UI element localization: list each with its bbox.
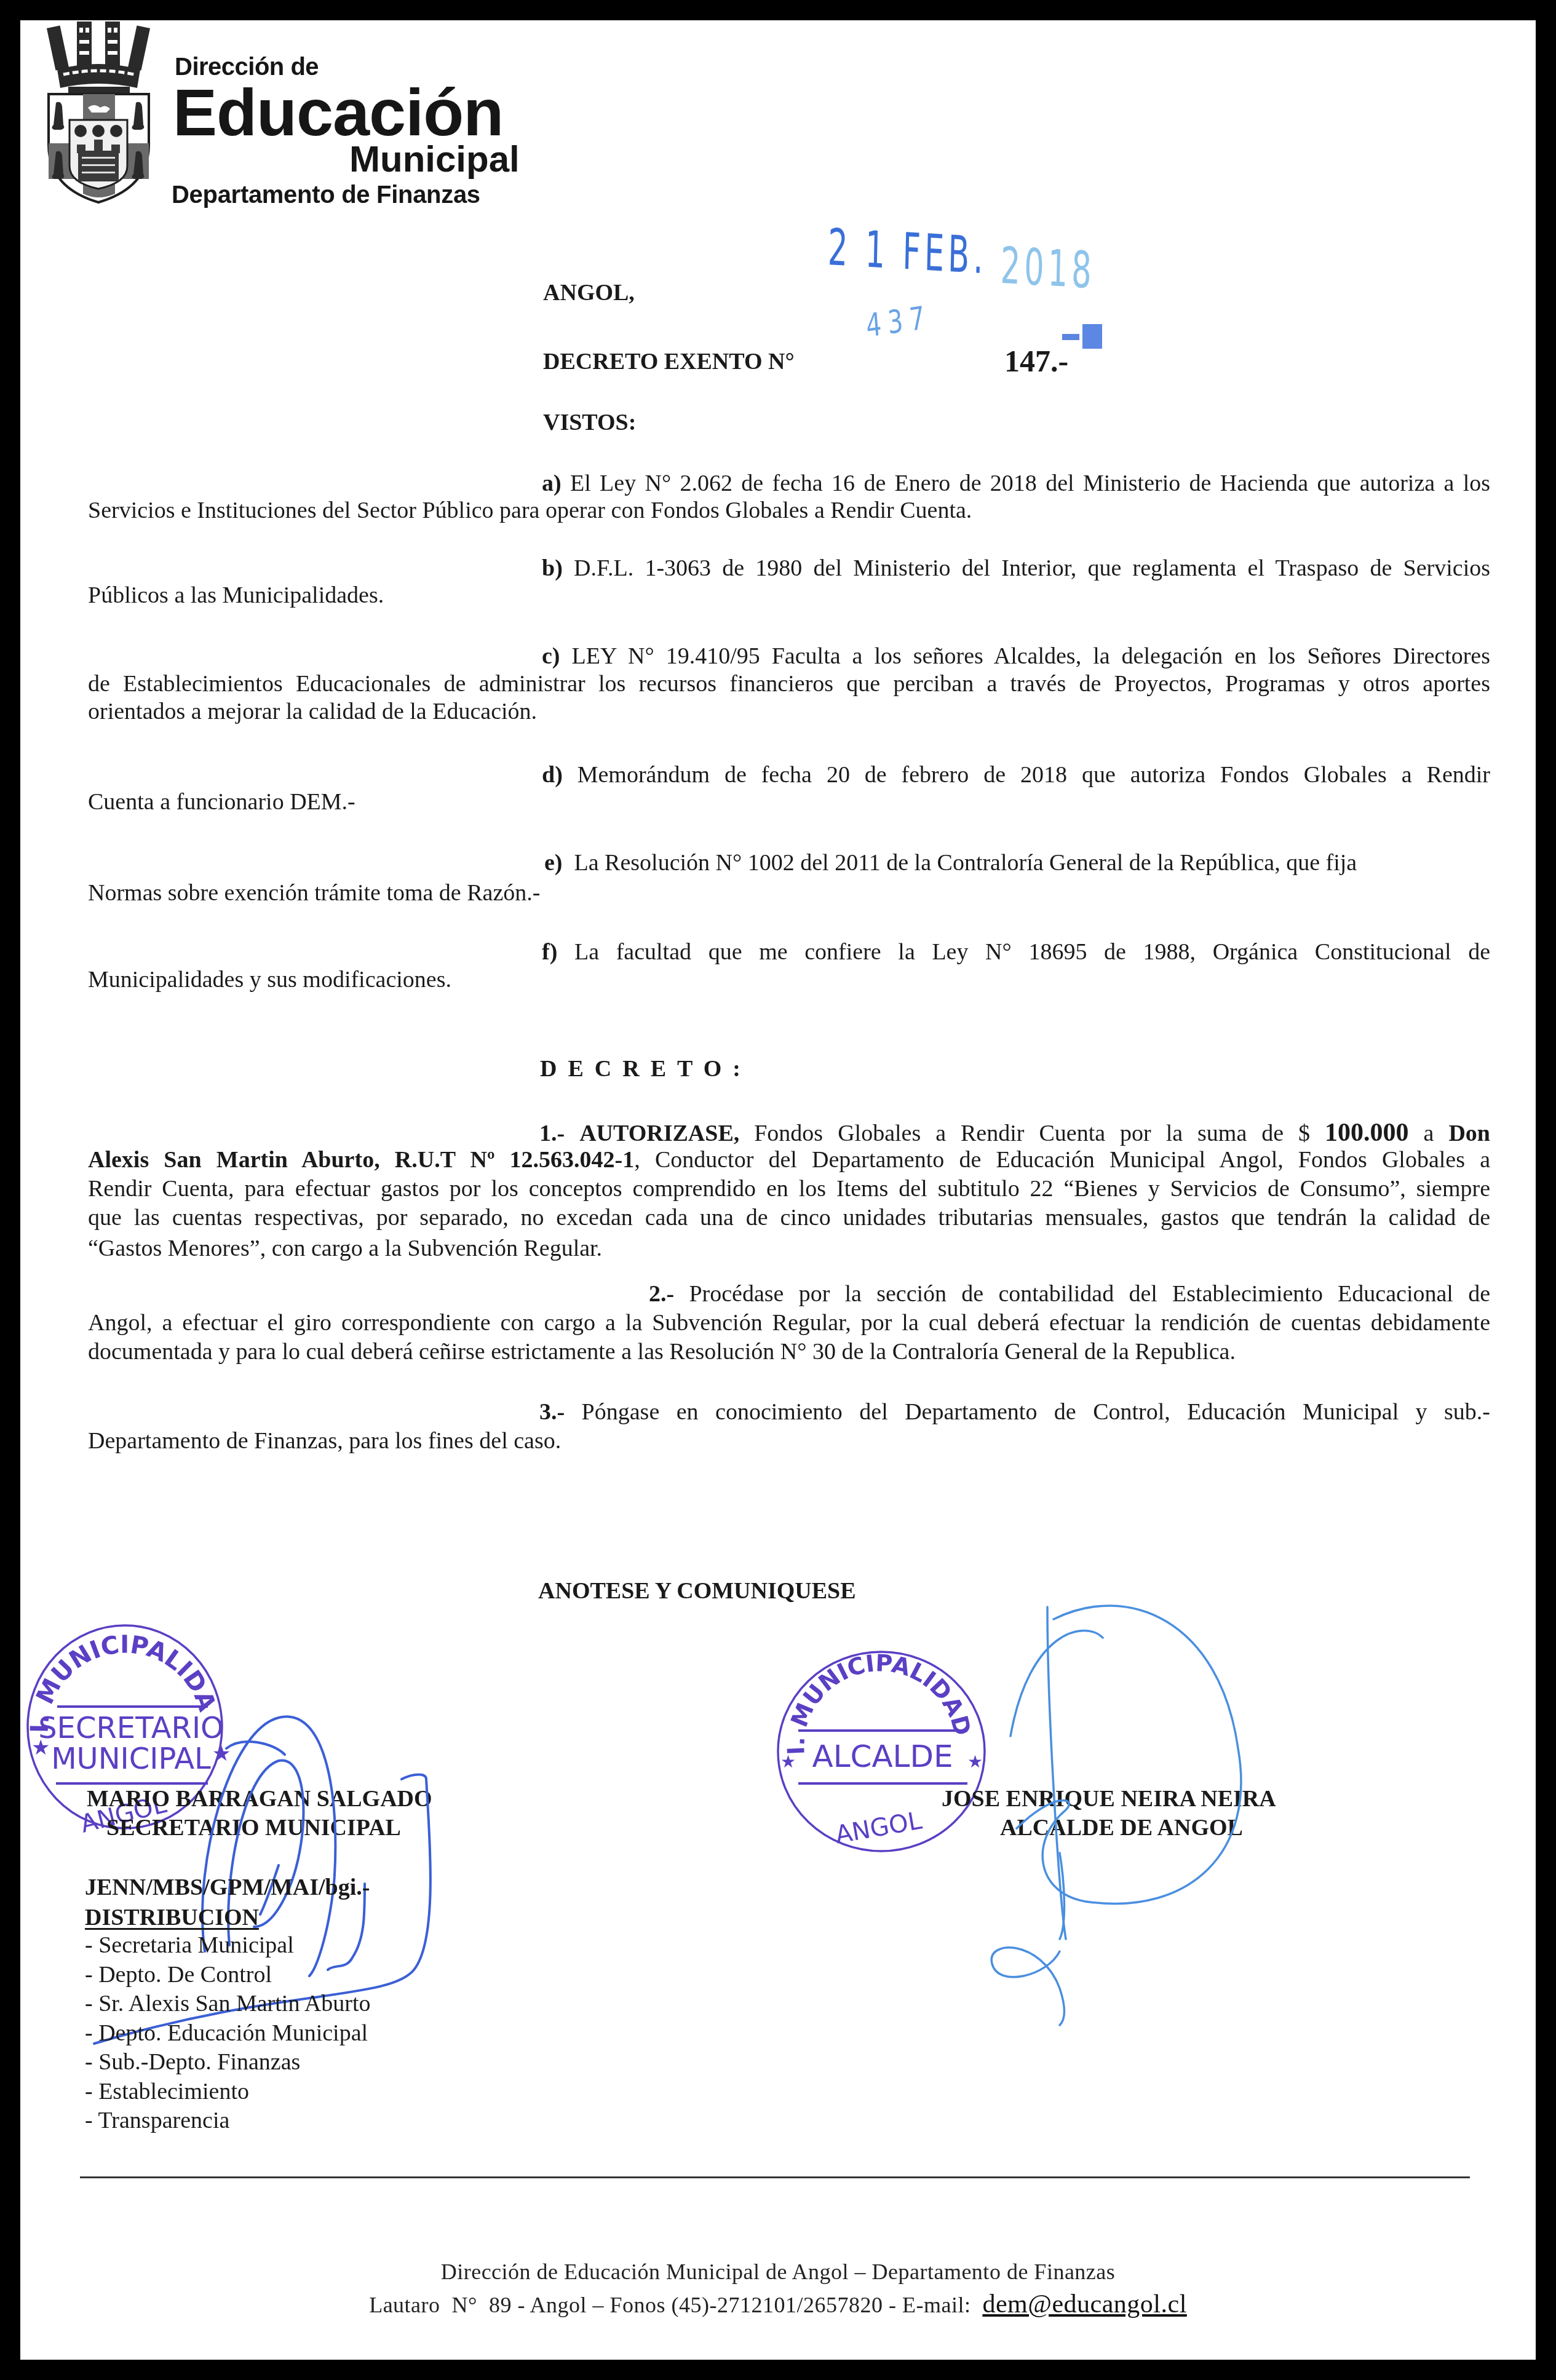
decree-label: DECRETO EXENTO N°: [543, 348, 795, 375]
vistos-a-line1: a) El Ley N° 2.062 de fecha 16 de Enero …: [542, 470, 1490, 497]
decreto-title: DECRETO:: [540, 1055, 752, 1082]
distribution-item: - Sr. Alexis San Martin Aburto: [85, 1989, 370, 2019]
left-signatory-name: MARIO BARRAGAN SALGADO: [87, 1785, 432, 1812]
vistos-d-line1: d) Memorándum de fecha 20 de febrero de …: [542, 761, 1490, 788]
vistos-e-line2: Normas sobre exención trámite toma de Ra…: [88, 879, 540, 906]
letterhead-line-2: Educación: [173, 79, 503, 146]
decreto-item2-line1: 2.- Procédase por la sección de contabil…: [649, 1280, 1490, 1307]
svg-text:★: ★: [212, 1743, 231, 1766]
vistos-d-marker: d): [542, 762, 563, 788]
vistos-b-line1: b) D.F.L. 1-3063 de 1980 del Ministerio …: [542, 555, 1490, 582]
decreto-item1-line3: Rendir Cuenta, para efectuar gastos por …: [88, 1175, 1490, 1202]
city-label: ANGOL,: [543, 279, 635, 306]
vistos-c-marker: c): [542, 643, 560, 669]
decreto-item3-line2: Departamento de Finanzas, para los fines…: [88, 1427, 561, 1454]
svg-text:★: ★: [31, 1737, 50, 1759]
distribution-item: - Transparencia: [85, 2106, 370, 2136]
vistos-a-line2: Servicios e Instituciones del Sector Púb…: [88, 497, 972, 524]
footer-address: Lautaro N° 89 - Angol – Fonos (45)-27121…: [369, 2293, 982, 2317]
decreto-item1-line2: Alexis San Martin Aburto, R.U.T Nº 12.56…: [88, 1146, 1490, 1173]
footer-email-link[interactable]: dem@educangol.cl: [982, 2290, 1186, 2319]
vistos-f-line1: f) La facultad que me confiere la Ley N°…: [542, 938, 1490, 966]
right-signatory-name: JOSE ENRIQUE NEIRA NEIRA: [942, 1785, 1276, 1812]
distribution-item: - Establecimiento: [85, 2077, 370, 2107]
distribution-item: - Secretaria Municipal: [85, 1931, 370, 1961]
references-initials: JENN/MBS/GPM/MAI/bgi.-: [85, 1874, 370, 1901]
distribution-item: - Depto. De Control: [85, 1961, 370, 1990]
vistos-f-line2: Municipalidades y sus modificaciones.: [88, 966, 451, 993]
beneficiary: Alexis San Martin Aburto, R.U.T Nº 12.56…: [88, 1147, 634, 1173]
vistos-c-line2: de Establecimientos Educacionales de adm…: [88, 670, 1490, 697]
stamp-mark-icon: [1082, 324, 1102, 349]
vistos-e-line1: e) La Resolución N° 1002 del 2011 de la …: [544, 849, 1357, 876]
decreto-item1-line5: “Gastos Menores”, con cargo a la Subvenc…: [88, 1235, 602, 1262]
distribution-item: - Sub.-Depto. Finanzas: [85, 2048, 370, 2077]
decreto-item3-line1: 3.- Póngase en conocimiento del Departam…: [539, 1398, 1490, 1426]
stamp-mark-icon: [1062, 334, 1079, 340]
right-signatory-title: ALCALDE DE ANGOL: [1000, 1814, 1243, 1841]
decreto-item2-num: 2.-: [649, 1281, 674, 1307]
vistos-f-marker: f): [542, 939, 557, 965]
footer-divider: [80, 2176, 1470, 2178]
letterhead-line-3: Municipal: [349, 141, 520, 178]
svg-text:★: ★: [967, 1753, 983, 1772]
vistos-e-marker: e): [544, 850, 563, 876]
decreto-item1-line4: que las cuentas respectivas, por separad…: [88, 1204, 1490, 1231]
decreto-item2-line3: documentada y para lo cual deberá ceñirs…: [88, 1338, 1236, 1365]
received-date-stamp: 2 1 FEB. 2018: [827, 218, 1096, 292]
received-number-stamp: 437: [865, 299, 932, 344]
closing-text: ANOTESE Y COMUNIQUESE: [538, 1577, 856, 1605]
vistos-c-line1: c) LEY N° 19.410/95 Faculta a los señore…: [542, 643, 1490, 670]
document-page: Dirección de Educación Municipal Departa…: [20, 20, 1536, 2360]
vistos-a-marker: a): [542, 470, 562, 496]
received-date: 2 1 FEB.: [827, 218, 988, 286]
distribution-item: - Depto. Educación Municipal: [85, 2019, 370, 2049]
coat-of-arms-icon: [45, 22, 153, 204]
left-signatory-title: SECRETARIO MUNICIPAL: [106, 1814, 401, 1841]
letterhead-line-4: Departamento de Finanzas: [172, 181, 480, 209]
decreto-item1-num: 1.-: [539, 1121, 565, 1146]
vistos-c-line3: orientados a mejorar la calidad de la Ed…: [88, 698, 537, 725]
footer-line-1: Dirección de Educación Municipal de Ango…: [20, 2259, 1536, 2285]
vistos-d-line2: Cuenta a funcionario DEM.-: [88, 788, 355, 815]
decreto-item2-line2: Angol, a efectuar el giro correspondient…: [88, 1309, 1490, 1336]
seal-right-bottom: ANGOL: [833, 1806, 925, 1849]
decree-number: 147.-: [1004, 343, 1068, 379]
decreto-amount: 100.000: [1325, 1119, 1409, 1147]
decreto-item3-num: 3.-: [539, 1399, 565, 1425]
received-year: 2018: [1000, 237, 1096, 301]
distribution-title: DISTRIBUCION: [85, 1904, 259, 1931]
vistos-b-marker: b): [542, 555, 563, 581]
alcalde-seal-icon: I. MUNICIPALIDAD ALCALDE ★ ★ ANGOL: [771, 1647, 992, 1856]
distribution-list: - Secretaria Municipal - Depto. De Contr…: [85, 1931, 370, 2136]
vistos-title: VISTOS:: [543, 409, 636, 436]
decreto-item1-keyword: AUTORIZASE,: [579, 1121, 739, 1146]
svg-text:★: ★: [780, 1753, 796, 1772]
vistos-b-line2: Públicos a las Municipalidades.: [88, 582, 384, 609]
decreto-item1-line1: 1.- AUTORIZASE, Fondos Globales a Rendir…: [539, 1118, 1490, 1148]
seal-right-middle: ALCALDE: [812, 1739, 953, 1774]
seal-left-middle-2: MUNICIPAL: [51, 1742, 211, 1776]
footer-line-2: Lautaro N° 89 - Angol – Fonos (45)-27121…: [20, 2290, 1536, 2319]
seal-left-middle-1: SECRETARIO: [38, 1711, 224, 1745]
